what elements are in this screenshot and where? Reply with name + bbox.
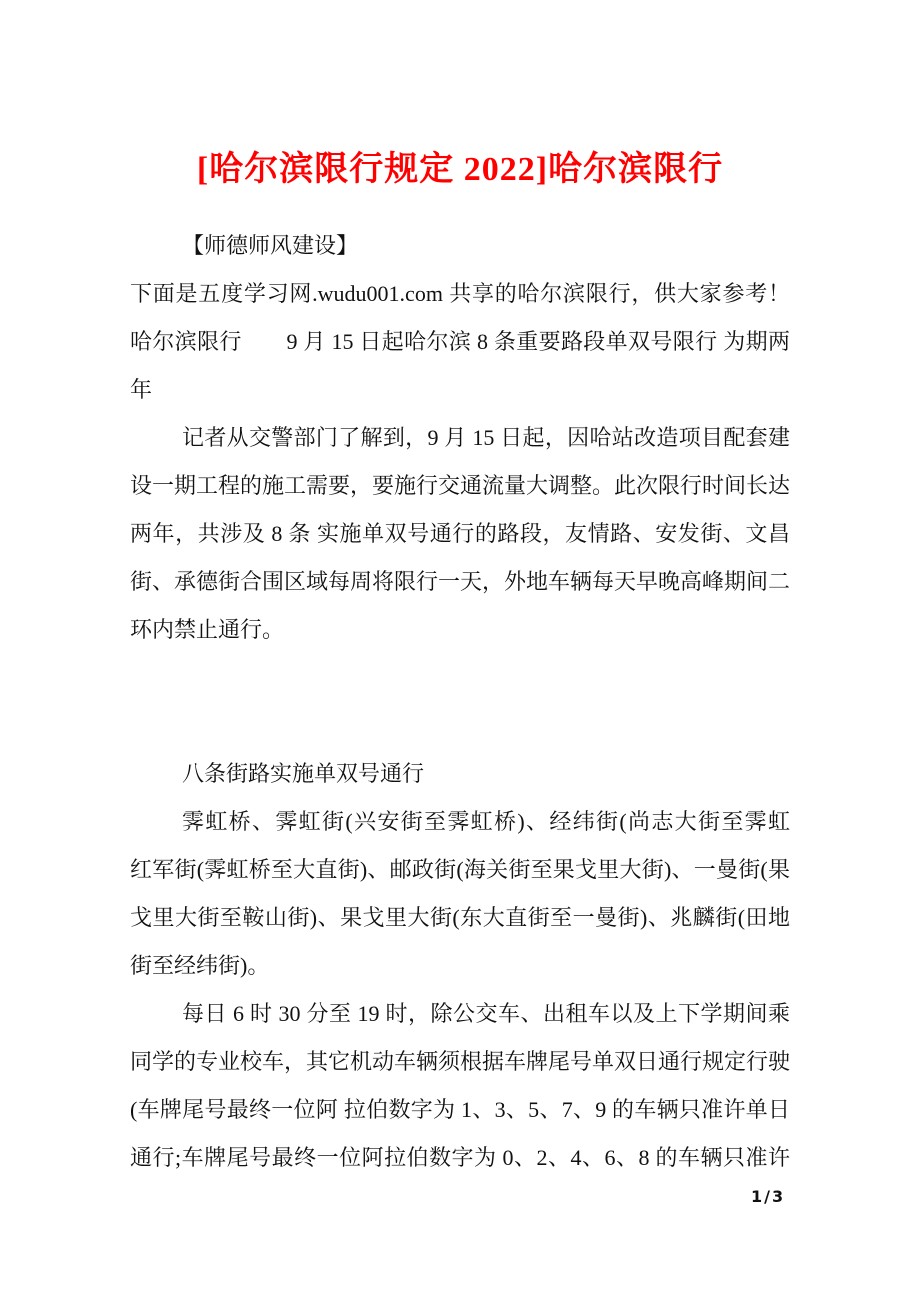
text-line: 街、承德街合围区域每周将限行一天，外地车辆每天早晚高峰期间二 (130, 558, 790, 606)
text-line: 下面是五度学习网.wudu001.com 共享的哈尔滨限行，供大家参考！ (130, 270, 790, 318)
blank-line (130, 654, 790, 702)
document-page: [哈尔滨限行规定 2022]哈尔滨限行 【师德师风建设】 下面是五度学习网.wu… (0, 0, 920, 1302)
text-line: 环内禁止通行。 (130, 606, 790, 654)
text-line: 戈里大街至鞍山街)、果戈里大街(东大直街至一曼街)、兆麟街(田地 (130, 894, 790, 942)
text-line: 记者从交警部门了解到，9 月 15 日起，因哈站改造项目配套建 (130, 414, 790, 462)
page-number: 1/3 (751, 1187, 785, 1206)
text-line: 红军街(霁虹桥至大直街)、邮政街(海关街至果戈里大街)、一曼街(果 (130, 846, 790, 894)
text-line: 【师德师风建设】 (130, 222, 790, 270)
text-line: 霁虹桥、霁虹街(兴安街至霁虹桥)、经纬街(尚志大街至霁虹桥)、 (130, 798, 790, 846)
text-line: 每日 6 时 30 分至 19 时，除公交车、出租车以及上下学期间乘载 (130, 990, 790, 1038)
text-line: 两年，共涉及 8 条 实施单双号通行的路段，友情路、安发街、文昌 (130, 510, 790, 558)
body-text-block: 【师德师风建设】 下面是五度学习网.wudu001.com 共享的哈尔滨限行，供… (130, 222, 790, 1182)
text-line: 哈尔滨限行 9 月 15 日起哈尔滨 8 条重要路段单双号限行 为期两 (130, 318, 790, 366)
text-line: 同学的专业校车，其它机动车辆须根据车牌尾号单双日通行规定行驶 (130, 1038, 790, 1086)
text-line: 八条街路实施单双号通行 (130, 750, 790, 798)
text-line: (车牌尾号最终一位阿 拉伯数字为 1、3、5、7、9 的车辆只准许单日 (130, 1086, 790, 1134)
text-line: 设一期工程的施工需要，要施行交通流量大调整。此次限行时间长达 (130, 462, 790, 510)
document-title: [哈尔滨限行规定 2022]哈尔滨限行 (0, 141, 920, 190)
text-line: 年 (130, 366, 790, 414)
text-line: 通行;车牌尾号最终一位阿拉伯数字为 0、2、4、6、8 的车辆只准许 (130, 1134, 790, 1182)
blank-line (130, 702, 790, 750)
text-line: 街至经纬街)。 (130, 942, 790, 990)
